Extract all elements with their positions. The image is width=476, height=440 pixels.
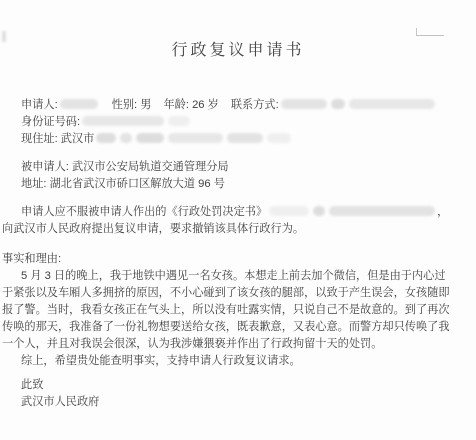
facts-line-5: 一个人，并且对我误会很深，认为我涉嫌猥亵并作出了行政拘留十天的处罚。	[2, 336, 450, 353]
redacted-id-number-1	[82, 116, 164, 126]
closing-section: 此致 武汉市人民政府	[21, 377, 99, 411]
respondent-label: 被申请人:	[21, 161, 69, 173]
redacted-address-4	[168, 133, 223, 143]
closing-addressee: 武汉市人民政府	[21, 394, 99, 411]
applicant-label: 申请人:	[21, 99, 58, 111]
respondent-address-label: 地址:	[21, 178, 46, 190]
redacted-applicant-name	[60, 99, 98, 109]
respondent-address: 湖北省武汉市硚口区解放大道 96 号	[50, 178, 225, 190]
respondent-address-line: 地址: 湖北省武汉市硚口区解放大道 96 号	[21, 176, 229, 193]
respondent-name: 武汉市公安局轨道交通管理分局	[72, 161, 229, 173]
redacted-address-6	[267, 133, 291, 143]
address-label: 现住址:	[21, 133, 58, 145]
request-lead-tail: ，	[437, 206, 448, 218]
facts-line-4: 传唤的那天，我准备了一份礼物想要送给女孩，既表歉意，又表心意。而警方却只传唤了我	[2, 319, 450, 336]
facts-heading: 事实和理由:	[2, 251, 450, 268]
id-label: 身份证号码:	[21, 116, 80, 128]
facts-summary: 综上，希望贵处能查明事实，支持申请人行政复议请求。	[2, 353, 450, 370]
contact-label: 联系方式:	[231, 99, 279, 111]
redacted-id-number-2	[168, 116, 190, 126]
id-line: 身份证号码:	[21, 114, 437, 131]
facts-line-3: 报了警。当时，我看女孩正在气头上，所以没有吐露实情，只说自己不是故意的。到了再次	[2, 302, 450, 319]
respondent-section: 被申请人: 武汉市公安局轨道交通管理分局 地址: 湖北省武汉市硚口区解放大道 9…	[21, 159, 229, 193]
respondent-line: 被申请人: 武汉市公安局轨道交通管理分局	[21, 159, 229, 176]
gender-label: 性别:	[112, 99, 137, 111]
redacted-contact-2	[331, 99, 345, 109]
closing-salute: 此致	[21, 377, 99, 394]
request-line-1: 申请人应不服被申请人作出的《行政处罚决定书》，	[2, 204, 448, 221]
facts-line-2: 于紧张以及车厢人多拥挤的原因，不小心碰到了该女孩的腿部，以致于产生误会，女孩随即	[2, 285, 450, 302]
redacted-address-1	[96, 133, 116, 143]
request-lead: 申请人应不服被申请人作出的《行政处罚决定书》	[21, 206, 267, 218]
redacted-decision-number-2	[313, 206, 325, 216]
document-page: 行政复议申请书 申请人:性别: 男年龄: 26 岁联系方式: 身份证号码: 现住…	[0, 0, 476, 440]
age-label: 年龄:	[163, 99, 188, 111]
facts-section: 事实和理由: 5 月 3 日的晚上，我于地铁中遇见一名女孩。本想走上前去加个微信…	[2, 251, 450, 370]
redacted-contact-3	[349, 99, 435, 109]
gender-value: 男	[140, 99, 151, 111]
redacted-decision-number-3	[329, 206, 435, 216]
facts-line-1: 5 月 3 日的晚上，我于地铁中遇见一名女孩。本想走上前去加个微信，但是由于内心…	[2, 268, 450, 285]
document-title: 行政复议申请书	[0, 42, 476, 59]
redacted-address-3	[136, 133, 164, 143]
scan-artifact-top-left	[2, 31, 6, 42]
request-section: 申请人应不服被申请人作出的《行政处罚决定书》， 向武汉市人民政府提出复议申请，要…	[2, 204, 448, 238]
age-value: 26 岁	[192, 99, 219, 111]
applicant-section: 申请人:性别: 男年龄: 26 岁联系方式: 身份证号码: 现住址: 武汉市	[21, 97, 437, 148]
request-line-2: 向武汉市人民政府提出复议申请，要求撤销该具体行政行为。	[2, 221, 448, 238]
redacted-address-2	[120, 133, 132, 143]
redacted-contact-1	[281, 99, 327, 109]
redacted-address-5	[227, 133, 263, 143]
address-line: 现住址: 武汉市	[21, 131, 437, 148]
applicant-line: 申请人:性别: 男年龄: 26 岁联系方式:	[21, 97, 437, 114]
scan-artifact-top-right	[416, 28, 444, 36]
redacted-decision-number-1	[269, 206, 309, 216]
address-city: 武汉市	[61, 133, 95, 145]
